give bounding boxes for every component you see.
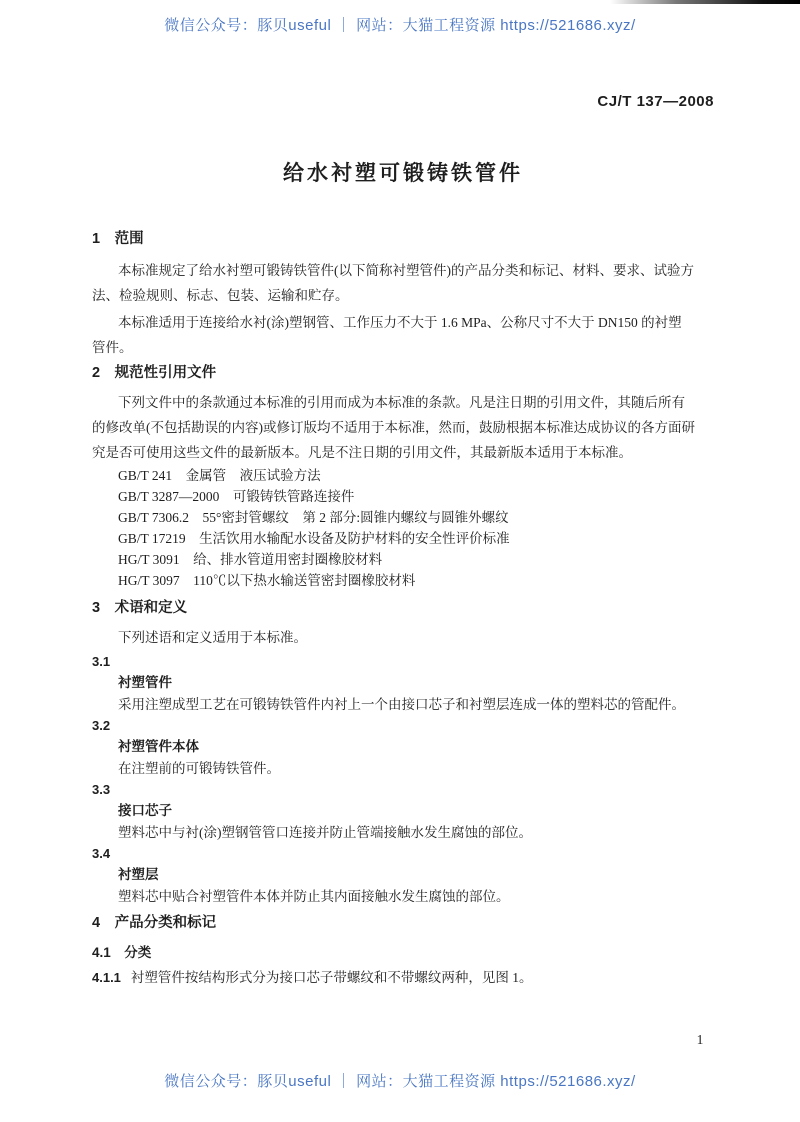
section-2-paragraph-line: 的修改单(不包括勘误的内容)或修订版均不适用于本标准，然而，鼓励根据本标准达成协… bbox=[92, 415, 714, 440]
term-name: 衬塑层 bbox=[92, 864, 714, 885]
term-definition: 在注塑前的可锻铸铁管件。 bbox=[92, 757, 714, 780]
standard-number: CJ/T 137—2008 bbox=[92, 92, 714, 112]
reference-item: GB/T 7306.2 55°密封管螺纹 第 2 部分:圆锥内螺纹与圆锥外螺纹 bbox=[92, 507, 714, 528]
section-3-heading: 3 术语和定义 bbox=[92, 595, 714, 621]
section-1-paragraph-line: 本标准适用于连接给水衬(涂)塑钢管、工作压力不大于 1.6 MPa、公称尺寸不大… bbox=[92, 310, 714, 335]
clause-text: 衬塑管件按结构形式分为接口芯子带螺纹和不带螺纹两种，见图 1。 bbox=[131, 970, 533, 985]
term-name: 衬塑管件本体 bbox=[92, 736, 714, 757]
section-3-intro: 下列述语和定义适用于本标准。 bbox=[92, 625, 714, 650]
term-definition: 塑料芯中与衬(涂)塑钢管管口连接并防止管端接触水发生腐蚀的部位。 bbox=[92, 821, 714, 844]
term-number: 3.2 bbox=[92, 716, 714, 736]
term-definition: 采用注塑成型工艺在可锻铸铁管件内衬上一个由接口芯子和衬塑层连成一体的塑料芯的管配… bbox=[92, 693, 714, 716]
section-2-paragraph-line: 下列文件中的条款通过本标准的引用而成为本标准的条款。凡是注日期的引用文件，其随后… bbox=[92, 390, 714, 415]
clause-number: 4.1.1 bbox=[92, 970, 121, 985]
reference-item: HG/T 3097 110℃以下热水输送管密封圈橡胶材料 bbox=[92, 570, 714, 591]
term-number: 3.3 bbox=[92, 780, 714, 800]
document-title: 给水衬塑可锻铸铁管件 bbox=[92, 158, 714, 190]
reference-item: GB/T 17219 生活饮用水输配水设备及防护材料的安全性评价标准 bbox=[92, 528, 714, 549]
term-name: 衬塑管件 bbox=[92, 672, 714, 693]
reference-item: GB/T 3287—2000 可锻铸铁管路连接件 bbox=[92, 486, 714, 507]
document-page: 微信公众号：豚贝useful ｜ 网站：大猫工程资源 https://52168… bbox=[0, 0, 800, 1122]
reference-item: GB/T 241 金属管 液压试验方法 bbox=[92, 465, 714, 486]
document-content: CJ/T 137—2008 给水衬塑可锻铸铁管件 1 范围 本标准规定了给水衬塑… bbox=[92, 0, 714, 990]
term-name: 接口芯子 bbox=[92, 800, 714, 821]
term-definition: 塑料芯中贴合衬塑管件本体并防止其内面接触水发生腐蚀的部位。 bbox=[92, 885, 714, 908]
section-1-paragraph-line: 法、检验规则、标志、包装、运输和贮存。 bbox=[92, 283, 714, 308]
section-1-paragraph-line: 本标准规定了给水衬塑可锻铸铁管件(以下简称衬塑管件)的产品分类和标记、材料、要求… bbox=[92, 258, 714, 283]
clause-4-1-1: 4.1.1衬塑管件按结构形式分为接口芯子带螺纹和不带螺纹两种，见图 1。 bbox=[92, 966, 714, 990]
section-4-heading: 4 产品分类和标记 bbox=[92, 910, 714, 936]
watermark-footer: 微信公众号：豚贝useful ｜ 网站：大猫工程资源 https://52168… bbox=[0, 1070, 800, 1091]
section-4-1-heading: 4.1 分类 bbox=[92, 942, 714, 964]
section-2-paragraph-line: 究是否可使用这些文件的最新版本。凡是不注日期的引用文件，其最新版本适用于本标准。 bbox=[92, 440, 714, 465]
section-1-heading: 1 范围 bbox=[92, 226, 714, 252]
section-1-paragraph-line: 管件。 bbox=[92, 335, 714, 360]
page-number: 1 bbox=[688, 1032, 712, 1048]
section-2-heading: 2 规范性引用文件 bbox=[92, 360, 714, 386]
term-number: 3.4 bbox=[92, 844, 714, 864]
reference-item: HG/T 3091 给、排水管道用密封圈橡胶材料 bbox=[92, 549, 714, 570]
term-number: 3.1 bbox=[92, 652, 714, 672]
